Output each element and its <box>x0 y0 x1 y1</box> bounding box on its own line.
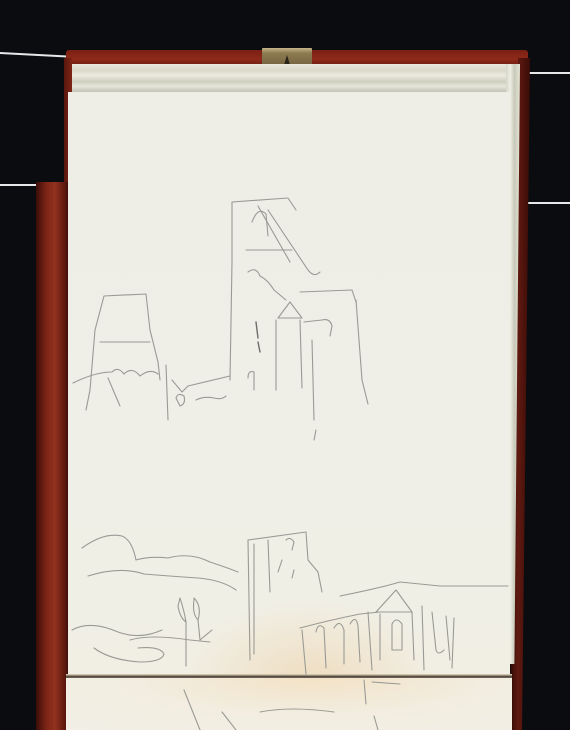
sketchbook-photo <box>0 0 570 730</box>
lower-sketch <box>72 532 508 674</box>
facing-page-sketch <box>184 680 400 730</box>
pencil-sketch <box>0 0 570 730</box>
upper-sketch <box>73 198 368 440</box>
